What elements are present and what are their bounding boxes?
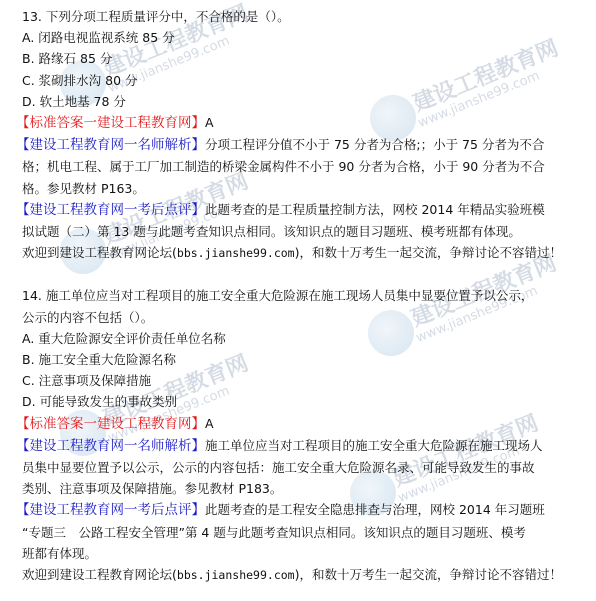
review-text: 班都有体现。 bbox=[22, 543, 592, 564]
answer-value: A bbox=[205, 115, 214, 130]
forum-invite: 欢迎到建设工程教育网论坛(bbs.jianshe99.com)，和数十万考生一起… bbox=[22, 564, 592, 586]
option-a: A. 闭路电视监视系统 85 分 bbox=[22, 27, 592, 48]
analysis-label: 【建设工程教育网一名师解析】 bbox=[16, 137, 205, 153]
forum-prefix: 欢迎到建设工程教育网论坛( bbox=[22, 245, 177, 260]
review-text: 此题考查的是工程质量控制方法，网校 2014 年精品实验班模 bbox=[205, 202, 545, 217]
review-text: 此题考查的是工程安全隐患排查与治理，网校 2014 年习题班 bbox=[205, 502, 545, 517]
review-text: 拟试题（二）第 13 题与此题考查知识点相同。该知识点的题目习题班、模考班都有体… bbox=[22, 221, 592, 242]
forum-suffix: )，和数十万考生一起交流，争辩讨论不容错过！ bbox=[295, 567, 562, 582]
analysis-text: 格。参见教材 P163。 bbox=[22, 178, 592, 199]
review-label: 【建设工程教育网一考后点评】 bbox=[16, 502, 205, 518]
answer-value: A bbox=[205, 416, 214, 431]
exam-review: 【建设工程教育网一考后点评】此题考查的是工程安全隐患排查与治理，网校 2014 … bbox=[16, 499, 592, 521]
standard-answer: 【标准答案一建设工程教育网】A bbox=[16, 112, 592, 134]
option-d: D. 软土地基 78 分 bbox=[22, 91, 592, 112]
question-14: 14. 施工单位应当对工程项目的施工安全重大危险源在施工现场人员集中显要位置予以… bbox=[22, 285, 592, 586]
question-stem: 14. 施工单位应当对工程项目的施工安全重大危险源在施工现场人员集中显要位置予以… bbox=[22, 285, 592, 306]
review-text: “专题三 公路工程安全管理”第 4 题与此题考查知识点相同。该知识点的题目习题班… bbox=[22, 522, 592, 543]
forum-link[interactable]: bbs.jianshe99.com bbox=[177, 246, 295, 260]
forum-prefix: 欢迎到建设工程教育网论坛( bbox=[22, 567, 177, 582]
option-b: B. 施工安全重大危险源名称 bbox=[22, 349, 592, 370]
document-body: 13. 下列分项工程质量评分中，不合格的是（）。 A. 闭路电视监视系统 85 … bbox=[22, 6, 592, 586]
forum-link[interactable]: bbs.jianshe99.com bbox=[177, 568, 295, 582]
teacher-analysis: 【建设工程教育网一名师解析】分项工程评分值不小于 75 分者为合格;；小于 75… bbox=[16, 134, 592, 156]
option-c: C. 浆砌排水沟 80 分 bbox=[22, 70, 592, 91]
analysis-text: 类别、注意事项及保障措施。参见教材 P183。 bbox=[22, 478, 592, 499]
analysis-text: 施工单位应当对工程项目的施工安全重大危险源在施工现场人 bbox=[205, 438, 543, 453]
option-a: A. 重大危险源安全评价责任单位名称 bbox=[22, 328, 592, 349]
analysis-label: 【建设工程教育网一名师解析】 bbox=[16, 438, 205, 454]
answer-label: 【标准答案一建设工程教育网】 bbox=[16, 416, 205, 432]
teacher-analysis: 【建设工程教育网一名师解析】施工单位应当对工程项目的施工安全重大危险源在施工现场… bbox=[16, 435, 592, 457]
review-label: 【建设工程教育网一考后点评】 bbox=[16, 202, 205, 218]
exam-review: 【建设工程教育网一考后点评】此题考查的是工程质量控制方法，网校 2014 年精品… bbox=[16, 199, 592, 221]
question-stem: 公示的内容不包括（）。 bbox=[22, 307, 592, 328]
option-c: C. 注意事项及保障措施 bbox=[22, 370, 592, 391]
forum-invite: 欢迎到建设工程教育网论坛(bbs.jianshe99.com)，和数十万考生一起… bbox=[22, 242, 592, 264]
spacer bbox=[22, 264, 592, 285]
option-b: B. 路缘石 85 分 bbox=[22, 48, 592, 69]
question-13: 13. 下列分项工程质量评分中，不合格的是（）。 A. 闭路电视监视系统 85 … bbox=[22, 6, 592, 264]
option-d: D. 可能导致发生的事故类别 bbox=[22, 391, 592, 412]
analysis-text: 格；机电工程、属于工厂加工制造的桥梁金属构件不小于 90 分者为合格，小于 90… bbox=[22, 156, 592, 177]
forum-suffix: )，和数十万考生一起交流，争辩讨论不容错过！ bbox=[295, 245, 562, 260]
analysis-text: 员集中显要位置予以公示，公示的内容包括：施工安全重大危险源名录、可能导致发生的事… bbox=[22, 457, 592, 478]
analysis-text: 分项工程评分值不小于 75 分者为合格;；小于 75 分者为不合 bbox=[205, 137, 544, 152]
standard-answer: 【标准答案一建设工程教育网】A bbox=[16, 413, 592, 435]
question-stem: 13. 下列分项工程质量评分中，不合格的是（）。 bbox=[22, 6, 592, 27]
answer-label: 【标准答案一建设工程教育网】 bbox=[16, 115, 205, 131]
